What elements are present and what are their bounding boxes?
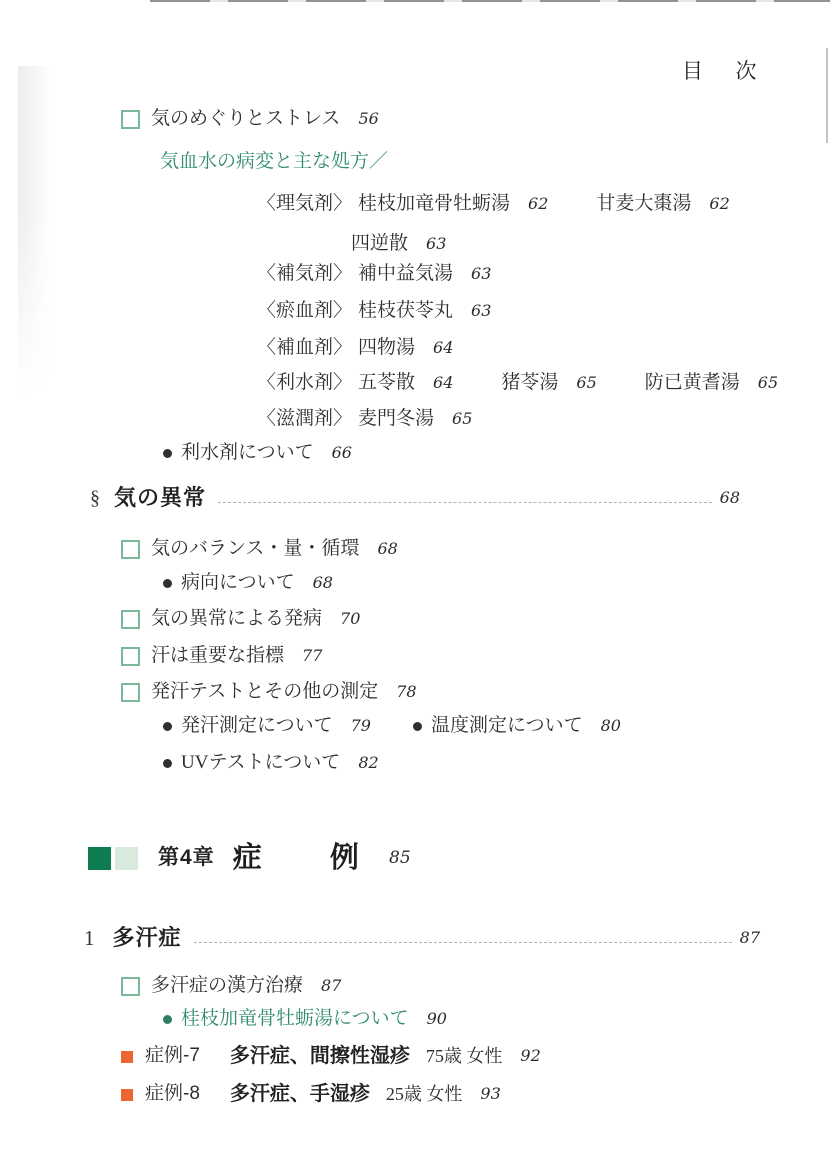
page-title: 目次 bbox=[682, 55, 789, 85]
bullet-icon bbox=[163, 722, 172, 731]
toc-item-label: 発汗テストとその他の測定 bbox=[151, 679, 378, 705]
page-number: 66 bbox=[332, 440, 352, 466]
case-detail: 75歳 女性 bbox=[426, 1043, 503, 1069]
page-number: 65 bbox=[452, 406, 472, 432]
case-disease: 多汗症、間擦性湿疹 bbox=[230, 1043, 410, 1069]
toc-case-8: 症例-8 多汗症、手湿疹 25歳 女性 93 bbox=[121, 1081, 501, 1107]
toc-formula-hoketsuzai: 〈補血剤〉 四物湯 64 bbox=[257, 335, 453, 361]
toc-item-label: 気の異常による発病 bbox=[151, 606, 322, 632]
toc-green-heading: 気血水の病変と主な処方／ bbox=[160, 149, 388, 175]
page-number: 90 bbox=[427, 1006, 447, 1032]
formula-name: 四逆散 bbox=[351, 231, 408, 257]
formula-name: 猪苓湯 bbox=[501, 370, 558, 396]
formula-category: 〈補血剤〉 bbox=[257, 335, 352, 361]
page-number: 87 bbox=[321, 973, 341, 999]
formula-name: 甘麦大棗湯 bbox=[596, 191, 691, 217]
page-number: 63 bbox=[471, 298, 491, 324]
scan-artifact-gutter-shadow bbox=[18, 66, 52, 396]
checkbox-icon bbox=[121, 110, 140, 129]
case-label: 症例-8 bbox=[145, 1081, 200, 1107]
toc-formula-rikizai: 〈理気剤〉 桂枝加竜骨牡蛎湯 62 甘麦大棗湯 62 bbox=[257, 191, 730, 217]
toc-item-ki-balance: 気のバランス・量・循環 68 bbox=[121, 536, 398, 562]
page-number: 56 bbox=[358, 106, 378, 132]
page-number: 63 bbox=[471, 261, 491, 287]
dotted-leader bbox=[194, 942, 732, 943]
page-number: 78 bbox=[396, 679, 416, 705]
page-number: 93 bbox=[480, 1081, 500, 1107]
page-number: 92 bbox=[520, 1043, 540, 1069]
formula-name: 補中益気湯 bbox=[358, 261, 453, 287]
formula-name: 防已黄耆湯 bbox=[645, 370, 740, 396]
chapter-marker-light-icon bbox=[115, 847, 138, 870]
checkbox-icon bbox=[121, 540, 140, 559]
page-number: 64 bbox=[433, 335, 453, 361]
bullet-icon bbox=[163, 579, 172, 588]
page-number: 65 bbox=[576, 370, 596, 396]
page-number: 79 bbox=[351, 713, 371, 739]
toc-section-takansho: 1 多汗症 87 bbox=[84, 925, 760, 951]
page-number: 68 bbox=[313, 570, 333, 596]
page-number: 64 bbox=[433, 370, 453, 396]
toc-item-kampo-chiryo: 多汗症の漢方治療 87 bbox=[121, 973, 341, 999]
section-mark: § bbox=[90, 485, 100, 511]
note-label: 利水剤について bbox=[181, 440, 314, 466]
page-number: 62 bbox=[528, 191, 548, 217]
toc-note-sokutei: 発汗測定について 79 温度測定について 80 bbox=[163, 713, 621, 739]
page-number: 80 bbox=[601, 713, 621, 739]
toc-item-ase-shihyo: 汗は重要な指標 77 bbox=[121, 643, 322, 669]
bullet-icon bbox=[163, 449, 172, 458]
toc-item-hakkan-test: 発汗テストとその他の測定 78 bbox=[121, 679, 417, 705]
page-number: 62 bbox=[709, 191, 729, 217]
case-disease: 多汗症、手湿疹 bbox=[230, 1081, 370, 1107]
checkbox-icon bbox=[121, 683, 140, 702]
page-number: 68 bbox=[720, 485, 740, 511]
checkbox-icon bbox=[121, 610, 140, 629]
formula-category: 〈補気剤〉 bbox=[257, 261, 352, 287]
toc-formula-oketsuzai: 〈瘀血剤〉 桂枝茯苓丸 63 bbox=[257, 298, 491, 324]
formula-category: 〈利水剤〉 bbox=[257, 370, 352, 396]
page-number: 87 bbox=[740, 925, 760, 951]
dotted-leader bbox=[218, 502, 712, 503]
formula-name: 桂枝茯苓丸 bbox=[358, 298, 453, 324]
toc-formula-hokizai: 〈補気剤〉 補中益気湯 63 bbox=[257, 261, 491, 287]
bullet-icon bbox=[163, 1015, 172, 1024]
toc-item-label: 気のめぐりとストレス bbox=[151, 106, 340, 132]
note-label: 桂枝加竜骨牡蛎湯について bbox=[181, 1006, 409, 1032]
formula-category: 〈滋潤剤〉 bbox=[257, 406, 352, 432]
case-detail: 25歳 女性 bbox=[386, 1081, 463, 1107]
note-label: 病向について bbox=[181, 570, 295, 596]
formula-name: 麦門冬湯 bbox=[358, 406, 434, 432]
chapter-label: 第4章 bbox=[158, 845, 215, 871]
toc-formula-rikizai-cont: 四逆散 63 bbox=[351, 231, 446, 257]
toc-note-uv-test: UVテストについて 82 bbox=[163, 750, 379, 776]
toc-note-risuizai: 利水剤について 66 bbox=[163, 440, 352, 466]
section-title: 気の異常 bbox=[114, 485, 206, 511]
chapter-marker-dark-icon bbox=[88, 847, 111, 870]
toc-item-ki-hatsubyo: 気の異常による発病 70 bbox=[121, 606, 360, 632]
bullet-icon bbox=[413, 722, 422, 731]
bullet-icon bbox=[163, 759, 172, 768]
note-label: 発汗測定について bbox=[181, 713, 333, 739]
toc-formula-risuizai: 〈利水剤〉 五苓散 64 猪苓湯 65 防已黄耆湯 65 bbox=[257, 370, 778, 396]
formula-name: 五苓散 bbox=[358, 370, 415, 396]
formula-category: 〈瘀血剤〉 bbox=[257, 298, 352, 324]
toc-formula-jijunzai: 〈滋潤剤〉 麦門冬湯 65 bbox=[257, 406, 472, 432]
toc-item-label: 汗は重要な指標 bbox=[151, 643, 284, 669]
page-number: 63 bbox=[426, 231, 446, 257]
checkbox-icon bbox=[121, 977, 140, 996]
scan-artifact-top-edge bbox=[150, 0, 830, 2]
toc-chapter-4: 第4章 症例 85 bbox=[88, 843, 411, 873]
toc-note-byoko: 病向について 68 bbox=[163, 570, 333, 596]
formula-category: 〈理気剤〉 bbox=[257, 191, 352, 217]
toc-item-label: 多汗症の漢方治療 bbox=[151, 973, 303, 999]
toc-item-label: 気のバランス・量・循環 bbox=[151, 536, 359, 562]
toc-item-ki-meguri: 気のめぐりとストレス 56 bbox=[121, 106, 379, 132]
page-number: 82 bbox=[358, 750, 378, 776]
case-marker-icon bbox=[121, 1089, 133, 1101]
section-title: 多汗症 bbox=[113, 925, 182, 951]
formula-name: 四物湯 bbox=[358, 335, 415, 361]
section-number: 1 bbox=[84, 925, 95, 951]
toc-section-ki-ijo: § 気の異常 68 bbox=[90, 485, 740, 511]
page-number: 70 bbox=[340, 606, 360, 632]
toc-case-7: 症例-7 多汗症、間擦性湿疹 75歳 女性 92 bbox=[121, 1043, 541, 1069]
note-label: UVテストについて bbox=[181, 750, 340, 776]
note-label: 温度測定について bbox=[431, 713, 583, 739]
formula-name: 桂枝加竜骨牡蛎湯 bbox=[358, 191, 510, 217]
scan-artifact-right-edge bbox=[826, 48, 828, 143]
page-number: 65 bbox=[758, 370, 778, 396]
page-number: 77 bbox=[302, 643, 322, 669]
green-heading-label: 気血水の病変と主な処方／ bbox=[160, 149, 388, 175]
case-marker-icon bbox=[121, 1051, 133, 1063]
case-label: 症例-7 bbox=[145, 1043, 200, 1069]
checkbox-icon bbox=[121, 647, 140, 666]
page-number: 85 bbox=[389, 845, 411, 871]
page-number: 68 bbox=[377, 536, 397, 562]
toc-note-keishika: 桂枝加竜骨牡蛎湯について 90 bbox=[163, 1006, 447, 1032]
